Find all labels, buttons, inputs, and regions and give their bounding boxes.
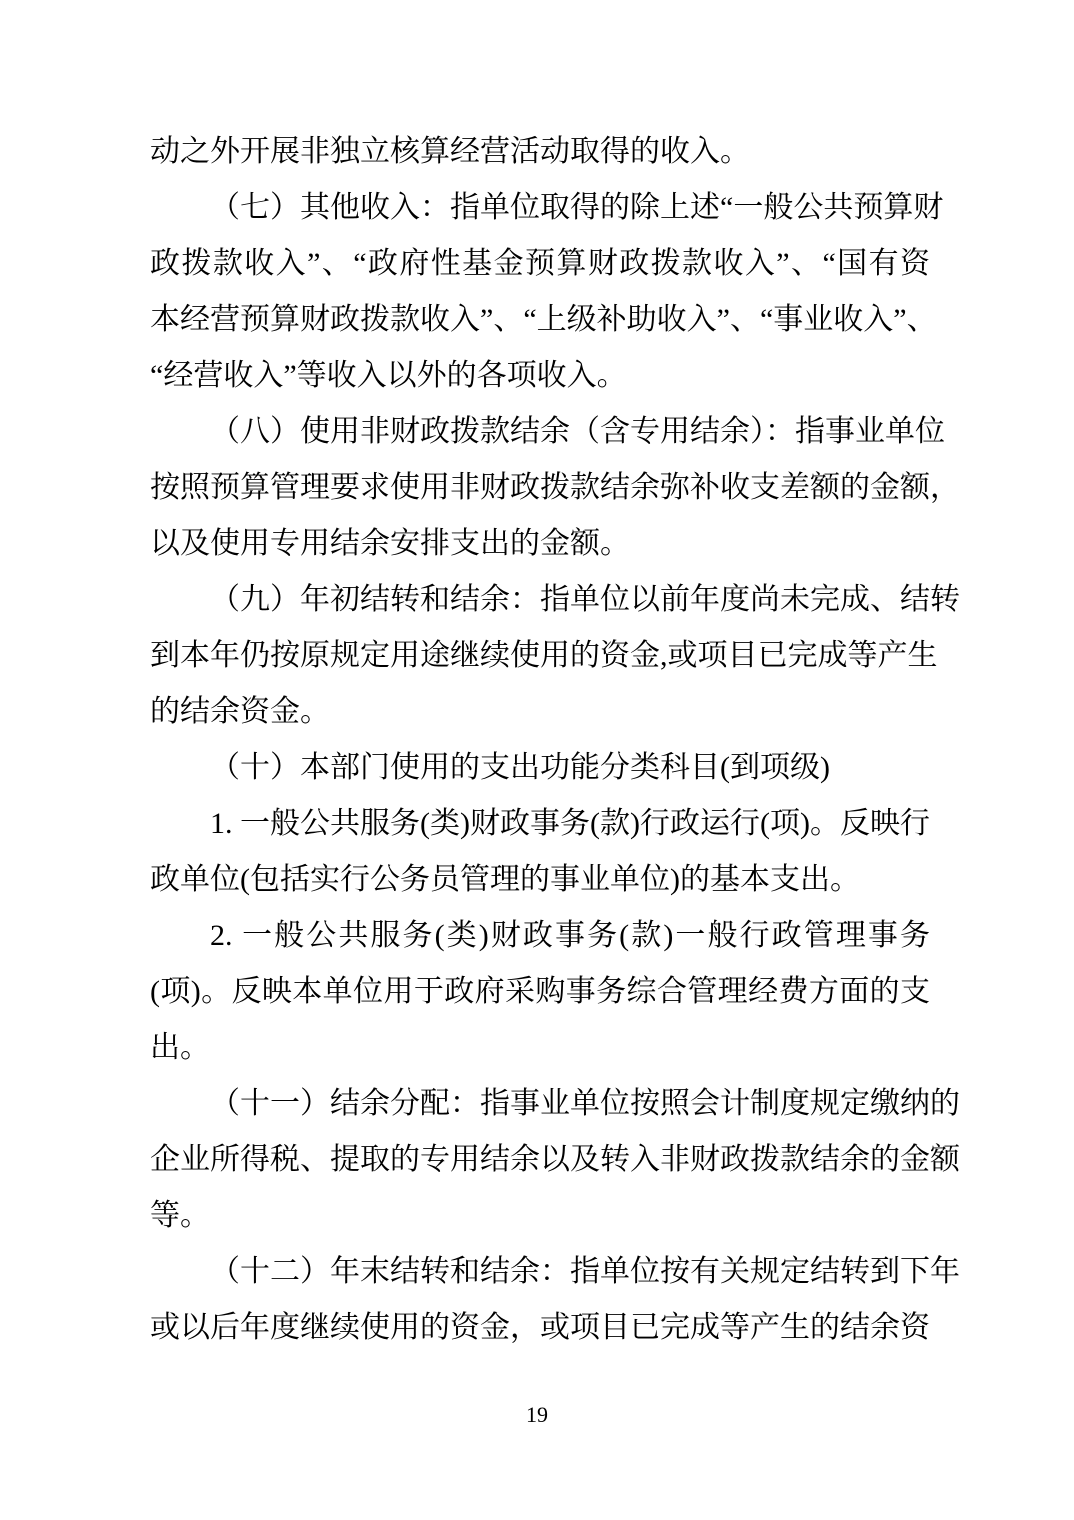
text-line-6: （八）使用非财政拨款结余（含专用结余）：指事业单位 (150, 404, 930, 460)
text-line-20: 等。 (150, 1188, 930, 1244)
text-line-18: （十一）结余分配：指事业单位按照会计制度规定缴纳的 (150, 1076, 930, 1132)
text-line-2: （七）其他收入：指单位取得的除上述“一般公共预算财 (150, 180, 930, 236)
text-line-22: 或以后年度继续使用的资金，或项目已完成等产生的结余资 (150, 1300, 930, 1356)
text-line-3: 政拨款收入”、“政府性基金预算财政拨款收入”、“国有资 (150, 236, 930, 292)
text-line-17: 出。 (150, 1020, 930, 1076)
document-body: 动之外开展非独立核算经营活动取得的收入。（七）其他收入：指单位取得的除上述“一般… (150, 124, 930, 1356)
text-line-4: 本经营预算财政拨款收入”、“上级补助收入”、“事业收入”、 (150, 292, 930, 348)
text-line-5: “经营收入”等收入以外的各项收入。 (150, 348, 930, 404)
document-page: 动之外开展非独立核算经营活动取得的收入。（七）其他收入：指单位取得的除上述“一般… (0, 0, 1074, 1520)
text-line-16: (项)。反映本单位用于政府采购事务综合管理经费方面的支 (150, 964, 930, 1020)
text-line-1: 动之外开展非独立核算经营活动取得的收入。 (150, 124, 930, 180)
text-line-8: 以及使用专用结余安排支出的金额。 (150, 516, 930, 572)
text-line-19: 企业所得税、提取的专用结余以及转入非财政拨款结余的金额 (150, 1132, 930, 1188)
text-line-15: 2. 一般公共服务(类)财政事务(款)一般行政管理事务 (150, 908, 930, 964)
text-line-9: （九）年初结转和结余：指单位以前年度尚未完成、结转 (150, 572, 930, 628)
text-line-13: 1. 一般公共服务(类)财政事务(款)行政运行(项)。反映行 (150, 796, 930, 852)
text-line-10: 到本年仍按原规定用途继续使用的资金,或项目已完成等产生 (150, 628, 930, 684)
text-line-12: （十）本部门使用的支出功能分类科目(到项级) (150, 740, 930, 796)
text-line-11: 的结余资金。 (150, 684, 930, 740)
page-number: 19 (0, 1400, 1074, 1430)
text-line-7: 按照预算管理要求使用非财政拨款结余弥补收支差额的金额， (150, 460, 930, 516)
text-line-14: 政单位(包括实行公务员管理的事业单位)的基本支出。 (150, 852, 930, 908)
text-line-21: （十二）年末结转和结余：指单位按有关规定结转到下年 (150, 1244, 930, 1300)
